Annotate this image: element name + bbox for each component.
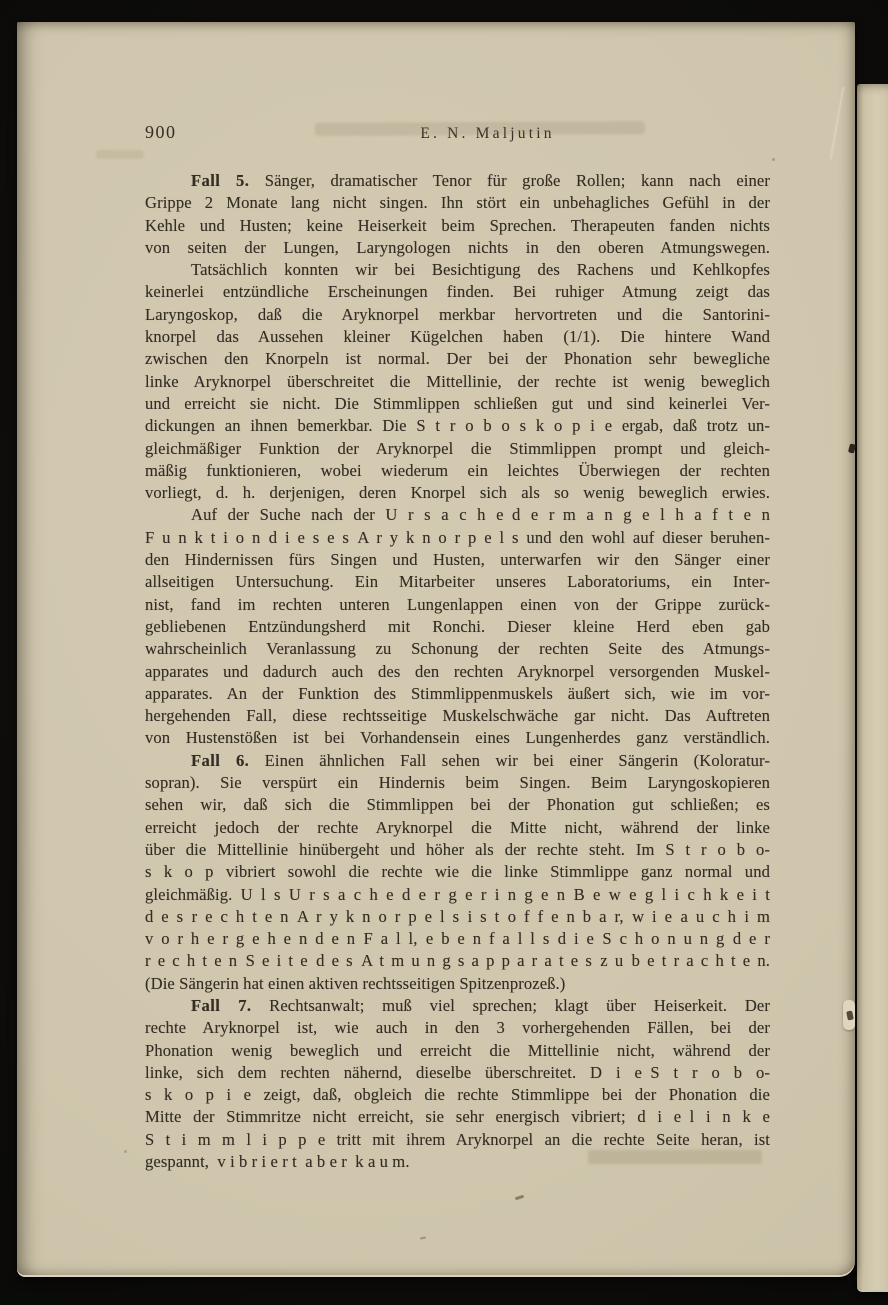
text-line: S t i m m l i p p e tritt mit ihrem Aryk… bbox=[145, 1129, 770, 1151]
text-line: den Hindernissen fürs Singen und Husten,… bbox=[145, 549, 770, 571]
text-line: gebliebenen Entzündungsherd mit Ronchi. … bbox=[145, 616, 770, 638]
text-line: mäßig funktionieren, wobei wiederum ein … bbox=[145, 460, 770, 482]
text-line: Grippe 2 Monate lang nicht singen. Ihn s… bbox=[145, 192, 770, 214]
text-line: Fall 6. Einen ähnlichen Fall sehen wir b… bbox=[145, 750, 770, 772]
text-line: r e c h t e n S e i t e d e s A t m u n … bbox=[145, 950, 770, 972]
text-line: Laryngoskop, daß die Aryknorpel merkbar … bbox=[145, 304, 770, 326]
paragraph: Fall 6. Einen ähnlichen Fall sehen wir b… bbox=[145, 750, 770, 995]
text-line: rechte Aryknorpel ist, wie auch in den 3… bbox=[145, 1017, 770, 1039]
text-line: wahrscheinlich Veranlassung zu Schonung … bbox=[145, 638, 770, 660]
case-label: Fall 5. bbox=[191, 171, 249, 190]
text-line: Mitte der Stimmritze nicht erreicht, sie… bbox=[145, 1106, 770, 1128]
bleed-through-ghost bbox=[96, 150, 144, 159]
text-line: (Die Sängerin hat einen aktiven rechtsse… bbox=[145, 973, 770, 995]
text-line: sopran). Sie verspürt ein Hindernis beim… bbox=[145, 772, 770, 794]
next-page-edge bbox=[857, 84, 888, 1290]
text-line: vorliegt, d. h. derjenigen, deren Knorpe… bbox=[145, 482, 770, 504]
text-line: v o r h e r g e h e n d e n F a l l, e b… bbox=[145, 928, 770, 950]
text-line: Phonation wenig beweglich und erreicht d… bbox=[145, 1040, 770, 1062]
text-line: linke Aryknorpel überschreitet die Mitte… bbox=[145, 371, 770, 393]
text-block: Fall 5. Sänger, dramatischer Tenor für g… bbox=[145, 170, 770, 1173]
paragraph: Tatsächlich konnten wir bei Besichtigung… bbox=[145, 259, 770, 504]
text-line: und erreicht sie nicht. Die Stimmlippen … bbox=[145, 393, 770, 415]
bleed-through-ghost bbox=[588, 1150, 762, 1164]
text-line: sehen wir, daß sich die Stimmlippen bei … bbox=[145, 794, 770, 816]
paragraph: Fall 5. Sänger, dramatischer Tenor für g… bbox=[145, 170, 770, 259]
text-line: von seiten der Lungen, Laryngologen nich… bbox=[145, 237, 770, 259]
bleed-through-ghost bbox=[315, 121, 645, 136]
text-line: von Hustenstößen ist bei Vorhandensein e… bbox=[145, 727, 770, 749]
text-line: gleichmäßiger Funktion der Aryknorpel di… bbox=[145, 438, 770, 460]
text-line: Fall 5. Sänger, dramatischer Tenor für g… bbox=[145, 170, 770, 192]
text-line: s k o p vibriert sowohl die rechte wie d… bbox=[145, 861, 770, 883]
page-number: 900 bbox=[145, 122, 177, 143]
text-line: F u n k t i o n d i e s e s A r y k n o … bbox=[145, 527, 770, 549]
text-line: Fall 7. Rechtsanwalt; muß viel sprechen;… bbox=[145, 995, 770, 1017]
text-line: dickungen an ihnen bemerkbar. Die S t r … bbox=[145, 415, 770, 437]
text-line: erreicht jedoch der rechte Aryknorpel di… bbox=[145, 817, 770, 839]
text-line: zwischen den Knorpeln ist normal. Der be… bbox=[145, 348, 770, 370]
text-line: linke, sich dem rechten nähernd, dieselb… bbox=[145, 1062, 770, 1084]
paragraph: Fall 7. Rechtsanwalt; muß viel sprechen;… bbox=[145, 995, 770, 1173]
text-line: apparates und dadurch auch des den recht… bbox=[145, 661, 770, 683]
text-line: s k o p i e zeigt, daß, obgleich die rec… bbox=[145, 1084, 770, 1106]
text-line: knorpel das Aussehen kleiner Kügelchen h… bbox=[145, 326, 770, 348]
text-line: d e s r e c h t e n A r y k n o r p e l … bbox=[145, 906, 770, 928]
text-line: Tatsächlich konnten wir bei Besichtigung… bbox=[145, 259, 770, 281]
scanned-book-page: 900 E. N. Maljutin Fall 5. Sänger, drama… bbox=[17, 22, 855, 1275]
dust-speck bbox=[124, 1150, 127, 1153]
text-line: hergehenden Fall, diese rechtsseitige Mu… bbox=[145, 705, 770, 727]
case-label: Fall 7. bbox=[191, 996, 251, 1015]
text-line: Auf der Suche nach der U r s a c h e d e… bbox=[145, 504, 770, 526]
text-line: Kehle und Husten; keine Heiserkeit beim … bbox=[145, 215, 770, 237]
text-line: über die Mittellinie hinübergeht und höh… bbox=[145, 839, 770, 861]
text-line: apparates. An der Funktion des Stimmlipp… bbox=[145, 683, 770, 705]
text-line: keinerlei entzündliche Erscheinungen fin… bbox=[145, 281, 770, 303]
text-line: nist, fand im rechten unteren Lungenlapp… bbox=[145, 594, 770, 616]
paragraph: Auf der Suche nach der U r s a c h e d e… bbox=[145, 504, 770, 749]
case-label: Fall 6. bbox=[191, 751, 249, 770]
text-line: gleichmäßig. U l s U r s a c h e d e r g… bbox=[145, 884, 770, 906]
dust-speck bbox=[772, 158, 775, 161]
text-line: allseitigen Untersuchung. Ein Mitarbeite… bbox=[145, 571, 770, 593]
